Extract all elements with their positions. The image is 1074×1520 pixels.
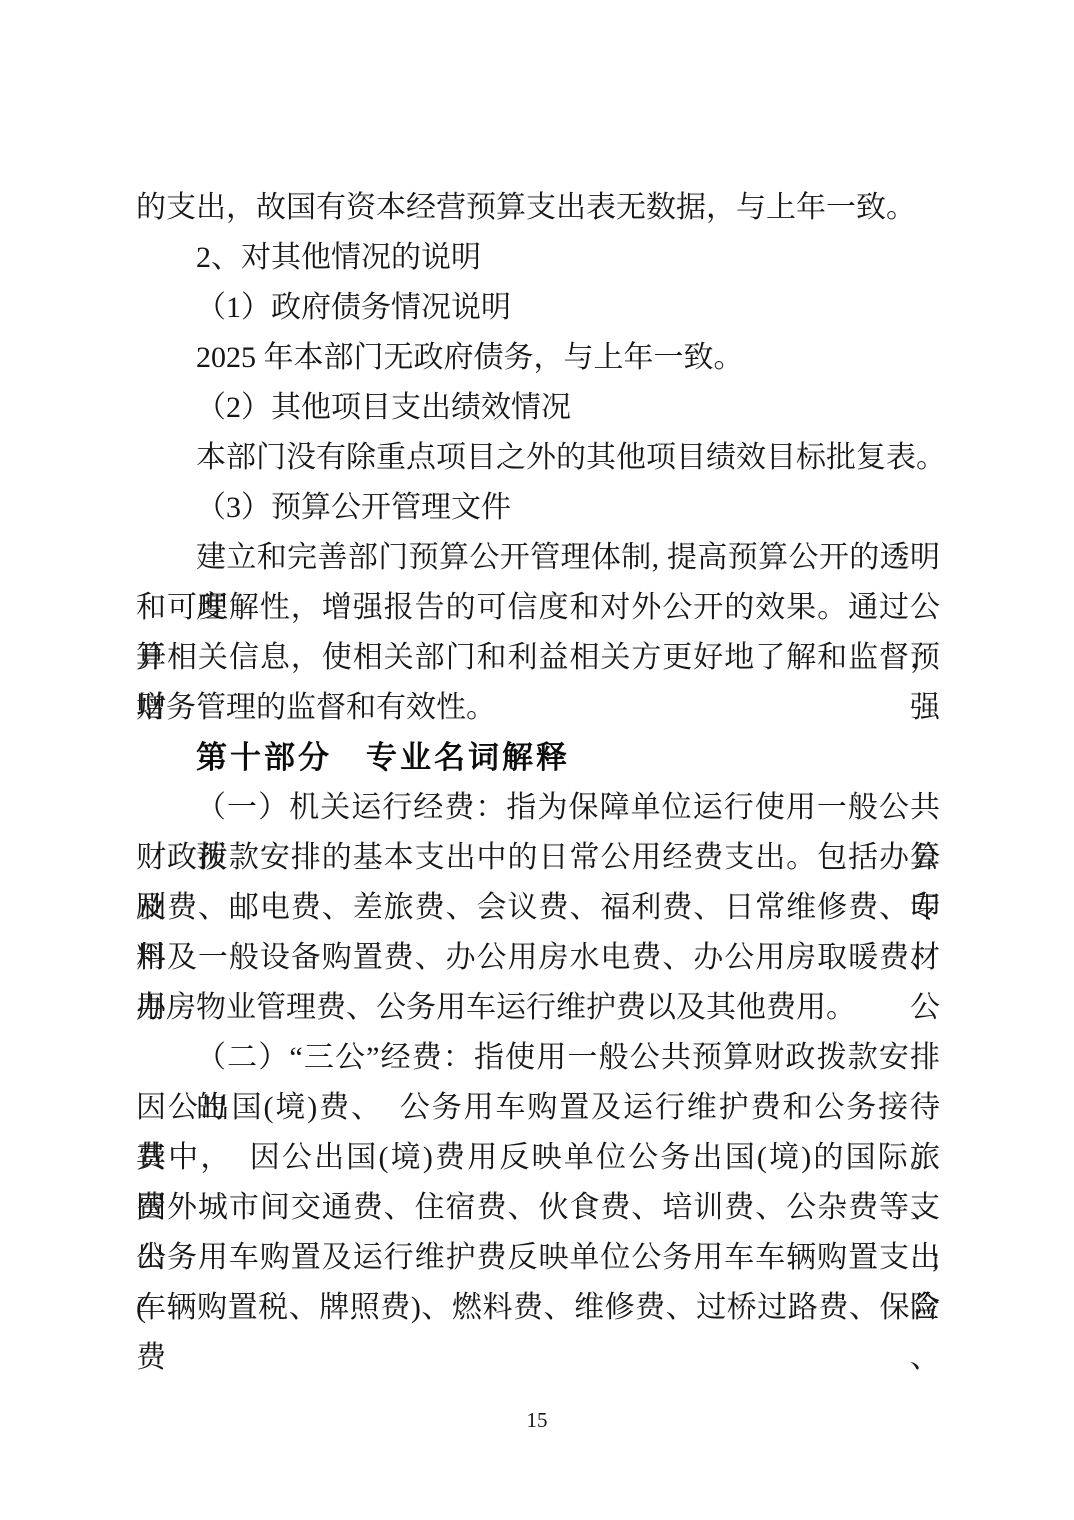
text-line: （1）政府债务情况说明 [136, 283, 940, 333]
text-line: （2）其他项目支出绩效情况 [136, 383, 940, 433]
text-line: （一）机关运行经费：指为保障单位运行使用一般公共预算 [136, 783, 940, 833]
text-line: （二）“三公”经费：指使用一般公共预算财政拨款安排的 [136, 1033, 940, 1083]
text-line: 的支出，故国有资本经营预算支出表无数据，与上年一致。 [136, 183, 940, 233]
text-line: 2、对其他情况的说明 [136, 233, 940, 283]
document-body: 的支出，故国有资本经营预算支出表无数据，与上年一致。2、对其他情况的说明（1）政… [136, 183, 940, 1333]
text-line: 其中， 因公出国(境)费用反映单位公务出国(境)的国际旅费、 [136, 1133, 940, 1183]
text-line: 用房物业管理费、公务用车运行维护费以及其他费用。 [136, 983, 940, 1033]
text-line: 财政拨款安排的基本支出中的日常公用经费支出。包括办公及印 [136, 833, 940, 883]
text-line: 本部门没有除重点项目之外的其他项目绩效目标批复表。 [136, 433, 940, 483]
text-line: （3）预算公开管理文件 [136, 483, 940, 533]
text-line: 2025 年本部门无政府债务，与上年一致。 [136, 333, 940, 383]
text-line: 和可理解性，增强报告的可信度和对外公开的效果。通过公开预 [136, 583, 940, 633]
text-line: 刷费、邮电费、差旅费、会议费、福利费、日常维修费、专用材 [136, 883, 940, 933]
text-line: 建立和完善部门预算公开管理体制, 提高预算公开的透明度 [136, 533, 940, 583]
text-line: 车辆购置税、牌照费)、燃料费、维修费、过桥过路费、保险费、 [136, 1283, 940, 1333]
page-number: 15 [0, 1405, 1074, 1435]
section-heading: 第十部分 专业名词解释 [136, 733, 940, 783]
text-line: 料及一般设备购置费、办公用房水电费、办公用房取暖费、办公 [136, 933, 940, 983]
document-page: 的支出，故国有资本经营预算支出表无数据，与上年一致。2、对其他情况的说明（1）政… [0, 0, 1074, 1520]
text-line: 算相关信息，使相关部门和利益相关方更好地了解和监督，增强 [136, 633, 940, 683]
text-line: 因公出国(境)费、 公务用车购置及运行维护费和公务接待费。 [136, 1083, 940, 1133]
text-line: 公务用车购置及运行维护费反映单位公务用车车辆购置支出(含 [136, 1233, 940, 1283]
text-line: 国外城市间交通费、住宿费、伙食费、培训费、公杂费等支出; [136, 1183, 940, 1233]
